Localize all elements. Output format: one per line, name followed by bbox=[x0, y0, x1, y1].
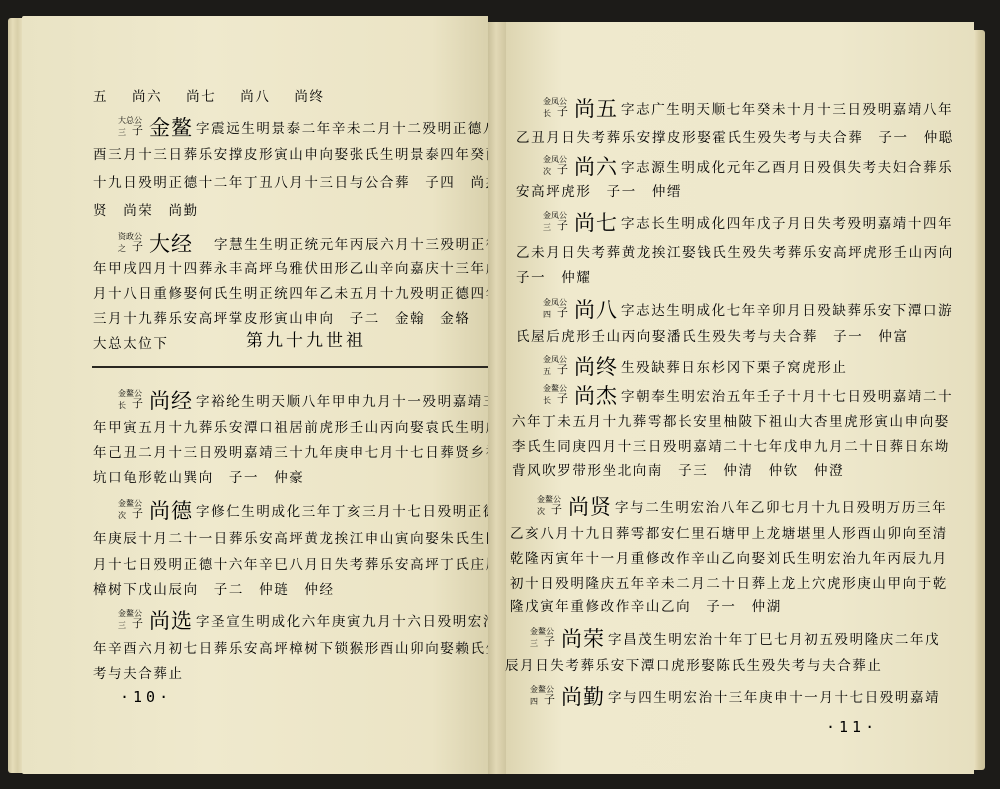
entry-text: 字慧生生明正统元年丙辰六月十三殁明正德九 bbox=[214, 237, 516, 253]
entry-text: 字与四生明宏治十三年庚申十一月十七日殁明嘉靖 bbox=[608, 690, 940, 706]
relation-title: 金鳌公 三 子 bbox=[118, 606, 148, 630]
right-page-edges bbox=[973, 30, 985, 770]
entry-text: 字修仁生明成化三年丁亥三月十七日殁明正德十五 bbox=[196, 504, 528, 520]
relation-title: 资政公 之 子 bbox=[118, 229, 148, 253]
ancestor-name: 尚德 bbox=[149, 499, 193, 523]
continued-sons-line: 五 尚六 尚七 尚八 尚终 bbox=[93, 87, 325, 107]
entry-text: 樟树下戊山辰向 子二 仲琏 仲经 bbox=[93, 580, 335, 600]
son-name: 尚八 bbox=[240, 89, 270, 105]
entry-header: 金凤公 五 子 尚终生殁缺葬日东杉冈下栗子窝虎形止 bbox=[543, 352, 848, 378]
entry-text: 三月十九葬乐安高坪掌皮形寅山申向 子二 金翰 金辂 bbox=[93, 309, 471, 329]
ancestor-name: 尚贤 bbox=[568, 495, 612, 519]
entry-header: 金凤公 三 子 尚七字志长生明成化四年戊子月日失考殁明嘉靖十四年 bbox=[543, 208, 953, 234]
son-name: 尚终 bbox=[294, 89, 324, 105]
page-number-right: ·11· bbox=[826, 718, 878, 736]
ancestor-name: 尚勤 bbox=[561, 685, 605, 709]
ancestor-name: 金鳌 bbox=[149, 116, 193, 140]
relation-title: 金鳌公 四 子 bbox=[530, 682, 560, 706]
entry-text: 安高坪虎形 子一 仲缙 bbox=[516, 182, 682, 202]
entry-text: 年甲戌四月十四葬永丰高坪乌雅伏田形乙山辛向嘉庆十三年戊辰九 bbox=[93, 259, 531, 279]
entry-text: 字朝奉生明宏治五年壬子十月十七日殁明嘉靖二十 bbox=[621, 389, 953, 405]
entry-text: 背风吹罗带形坐北向南 子三 仲清 仲钦 仲澄 bbox=[512, 461, 844, 481]
ancestor-name: 尚五 bbox=[574, 97, 618, 121]
relation-title: 金凤公 次 子 bbox=[543, 152, 573, 176]
entry-text: 初十日殁明隆庆五年辛未二月二十日葬上龙上穴虎形庚山甲向于乾 bbox=[510, 574, 948, 594]
entry-text: 坑口龟形乾山巽向 子一 仲豪 bbox=[93, 468, 304, 488]
entry-text: 字志源生明成化元年乙酉月日殁俱失考夫妇合葬乐 bbox=[621, 160, 953, 176]
entry-text: 乾隆丙寅年十一月重修改作辛山乙向娶刘氏生明宏治九年丙辰九月 bbox=[510, 549, 948, 569]
entry-text: 子一 仲耀 bbox=[516, 268, 592, 288]
entry-text: 字圣宣生明成化六年庚寅九月十六日殁明宏治十四 bbox=[196, 614, 528, 630]
ancestor-name: 尚终 bbox=[574, 355, 618, 379]
relation-title: 金凤公 五 子 bbox=[543, 352, 573, 376]
ancestor-name: 尚八 bbox=[574, 298, 618, 322]
book-gutter bbox=[488, 22, 506, 774]
entry-text: 年甲寅五月十九葬乐安潭口祖居前虎形壬山丙向娶袁氏生明成化五 bbox=[93, 418, 531, 438]
entry-text: 十九日殁明正德十二年丁丑八月十三日与公合葬 子四 尚杰 尚 bbox=[93, 173, 531, 193]
entry-text: 辰月日失考葬乐安下潭口虎形娶陈氏生殁失考与夫合葬止 bbox=[505, 656, 883, 676]
page-number-left: ·10· bbox=[120, 688, 172, 706]
entry-text: 生殁缺葬日东杉冈下栗子窝虎形止 bbox=[621, 360, 848, 376]
entry-text: 字志长生明成化四年戊子月日失考殁明嘉靖十四年 bbox=[621, 216, 953, 232]
entry-text: 乙未月日失考葬黄龙挨江娶钱氏生殁失考葬乐安高坪虎形壬山丙向 bbox=[516, 243, 954, 263]
entry-text: 乙亥八月十九日葬雩都安仁里石塘甲上龙塘堪里人形酉山卯向至清 bbox=[510, 524, 948, 544]
open-book: 五 尚六 尚七 尚八 尚终 大总公 三 子 金鳌字震远生明景泰二年辛未二月十二殁… bbox=[0, 0, 1000, 789]
generation-title: 第九十九世祖 bbox=[246, 331, 366, 351]
relation-title: 金鳌公 三 子 bbox=[530, 624, 560, 648]
son-name: 五 bbox=[93, 89, 108, 105]
entry-text: 字昌茂生明宏治十年丁巳七月初五殁明隆庆二年戊 bbox=[608, 632, 940, 648]
son-name: 尚七 bbox=[186, 89, 216, 105]
entry-header: 金鳌公 长 子 尚经字裕纶生明天顺八年甲申九月十一殁明嘉靖三十三 bbox=[118, 386, 528, 412]
entry-text: 字与二生明宏治八年乙卯七月十九日殁明万历三年 bbox=[615, 500, 947, 516]
ancestor-name: 尚六 bbox=[574, 155, 618, 179]
entry-text: 字裕纶生明天顺八年甲申九月十一殁明嘉靖三十三 bbox=[196, 394, 528, 410]
entry-text: 年己丑二月十三日殁明嘉靖三十九年庚申七月十七日葬贤乡祖山三 bbox=[93, 443, 531, 463]
entry-header: 金鳌公 次 子 尚贤字与二生明宏治八年乙卯七月十九日殁明万历三年 bbox=[537, 492, 947, 518]
ancestor-name: 尚荣 bbox=[561, 627, 605, 651]
entry-text: 月十七日殁明正德十六年辛巳八月日失考葬乐安高坪丁氏庄居上彩 bbox=[93, 555, 531, 575]
entry-header: 金鳌公 次 子 尚德字修仁生明成化三年丁亥三月十七日殁明正德十五 bbox=[118, 496, 528, 522]
branch-footer: 大总太位下 bbox=[93, 334, 169, 354]
son-name: 尚六 bbox=[132, 89, 162, 105]
entry-text: 李氏生同庚四月十三日殁明嘉靖二十七年戊申九月二十日葬日东坳 bbox=[512, 437, 950, 457]
relation-title: 金鳌公 长 子 bbox=[543, 381, 573, 405]
entry-header: 金鳌公 四 子 尚勤字与四生明宏治十三年庚申十一月十七日殁明嘉靖 bbox=[530, 682, 940, 708]
entry-header: 资政公 之 子 大经字慧生生明正统元年丙辰六月十三殁明正德九 bbox=[118, 229, 516, 255]
entry-text: 月十八日重修娶何氏生明正统四年乙未五月十九殁明正德四年己巳 bbox=[93, 284, 531, 304]
entry-header: 金鳌公 三 子 尚选字圣宣生明成化六年庚寅九月十六日殁明宏治十四 bbox=[118, 606, 528, 632]
entry-text: 字志广生明天顺七年癸未十月十三日殁明嘉靖八年 bbox=[621, 102, 953, 118]
entry-text: 乙丑月日失考葬乐安撑皮形娶霍氏生殁失考与夫合葬 子一 仲聪 bbox=[516, 128, 954, 148]
relation-title: 金凤公 三 子 bbox=[543, 208, 573, 232]
ancestor-name: 尚选 bbox=[149, 609, 193, 633]
relation-title: 金凤公 长 子 bbox=[543, 94, 573, 118]
relation-title: 金鳌公 次 子 bbox=[537, 492, 567, 516]
entry-header: 金鳌公 长 子 尚杰字朝奉生明宏治五年壬子十月十七日殁明嘉靖二十 bbox=[543, 381, 953, 407]
entry-text: 考与夫合葬止 bbox=[93, 664, 184, 684]
entry-header: 大总公 三 子 金鳌字震远生明景泰二年辛未二月十二殁明正德八年癸 bbox=[118, 113, 528, 139]
entry-text: 字震远生明景泰二年辛未二月十二殁明正德八年癸 bbox=[196, 121, 528, 137]
ancestor-name: 尚杰 bbox=[574, 384, 618, 408]
entry-header: 金凤公 次 子 尚六字志源生明成化元年乙酉月日殁俱失考夫妇合葬乐 bbox=[543, 152, 953, 178]
entry-text: 酉三月十三日葬乐安撑皮形寅山申向娶张氏生明景泰四年癸酉六月 bbox=[93, 145, 531, 165]
ancestor-name: 尚经 bbox=[149, 389, 193, 413]
entry-header: 金鳌公 三 子 尚荣字昌茂生明宏治十年丁巳七月初五殁明隆庆二年戊 bbox=[530, 624, 940, 650]
entry-text: 年庚辰十月二十一日葬乐安高坪黄龙挨江申山寅向娶朱氏生同庚二 bbox=[93, 529, 531, 549]
relation-title: 金凤公 四 子 bbox=[543, 295, 573, 319]
relation-title: 大总公 三 子 bbox=[118, 113, 148, 137]
entry-text: 隆戊寅年重修改作辛山乙向 子一 仲湖 bbox=[510, 597, 782, 617]
entry-text: 年辛酉六月初七日葬乐安高坪樟树下锁猴形酉山卯向娶赖氏生殁失 bbox=[93, 639, 531, 659]
entry-text: 字志达生明成化七年辛卯月日殁缺葬乐安下潭口游 bbox=[621, 303, 953, 319]
entry-header: 金凤公 长 子 尚五字志广生明天顺七年癸未十月十三日殁明嘉靖八年 bbox=[543, 94, 953, 120]
entry-text: 氏屋后虎形壬山丙向娶潘氏生殁失考与夫合葬 子一 仲富 bbox=[516, 327, 909, 347]
entry-text: 贤 尚荣 尚勤 bbox=[93, 201, 199, 221]
relation-title: 金鳌公 次 子 bbox=[118, 496, 148, 520]
entry-header: 金凤公 四 子 尚八字志达生明成化七年辛卯月日殁缺葬乐安下潭口游 bbox=[543, 295, 953, 321]
ancestor-name: 尚七 bbox=[574, 211, 618, 235]
section-divider bbox=[92, 366, 490, 368]
relation-title: 金鳌公 长 子 bbox=[118, 386, 148, 410]
entry-text: 六年丁未五月十九葬雩都长安里柚陂下祖山大杏里虎形寅山申向娶 bbox=[512, 412, 950, 432]
ancestor-name: 大经 bbox=[149, 232, 193, 256]
